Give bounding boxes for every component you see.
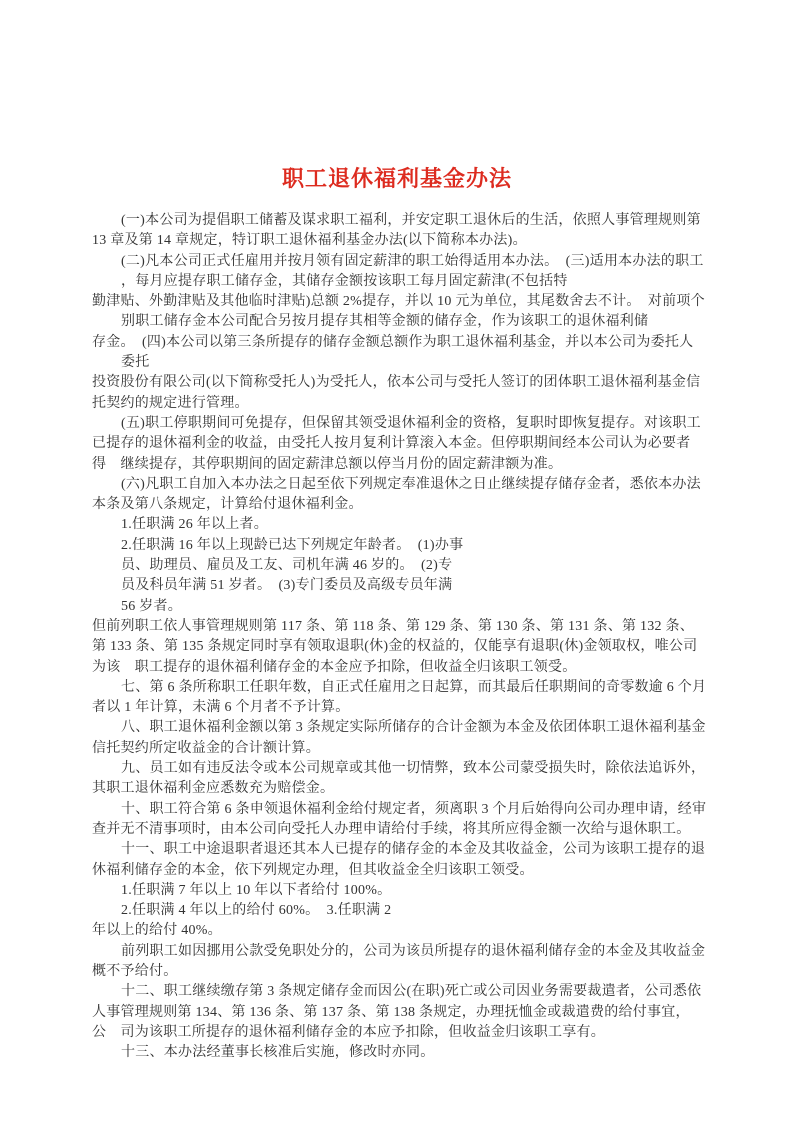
text-line: (五)职工停职期间可免提存，但保留其领受退休福利金的资格，复职时即恢复提存。对该… bbox=[92, 414, 717, 434]
text-line: 其职工退休福利金应悉数充为赔偿金。 bbox=[92, 779, 717, 799]
text-line: 本条及第八条规定，计算给付退休福利金。 bbox=[92, 495, 717, 515]
text-line: 1.任职满 26 年以上者。 bbox=[92, 515, 717, 535]
text-line: 第 133 条、第 135 条规定同时享有领取退职(休)金的权益的，仅能享有退职… bbox=[92, 637, 717, 657]
text-line: 得 继续提存，其停职期间的固定薪津总额以停当月份的固定薪津额为准。 bbox=[92, 455, 717, 475]
text-line: 别职工储存金本公司配合另按月提存其相等金额的储存金，作为该职工的退休福利储 bbox=[92, 312, 717, 332]
text-line: 2.任职满 16 年以上现龄已达下列规定年龄者。 (1)办事 bbox=[92, 536, 717, 556]
text-line: 存金。 (四)本公司以第三条所提存的储存金额总额作为职工退休福利基金，并以本公司… bbox=[92, 333, 717, 353]
text-line: 13 章及第 14 章规定，特订职工退休福利基金办法(以下简称本办法)。 bbox=[92, 231, 717, 251]
text-line: 十二、职工继续缴存第 3 条规定储存金而因公(在职)死亡或公司因业务需要裁遣者，… bbox=[92, 982, 717, 1002]
text-line: 勤津贴、外勤津贴及其他临时津贴)总额 2%提存，并以 10 元为单位，其尾数舍去… bbox=[92, 292, 717, 312]
text-line: 九、员工如有违反法令或本公司规章或其他一切情弊，致本公司蒙受损失时，除依法追诉外… bbox=[92, 759, 717, 779]
text-line: 公 司为该职工所提存的退休福利储存金的本应予扣除，但收益金归该职工享有。 bbox=[92, 1023, 717, 1043]
document-title: 职工退休福利基金办法 bbox=[0, 162, 794, 193]
text-line: 但前列职工依人事管理规则第 117 条、第 118 条、第 129 条、第 13… bbox=[92, 617, 717, 637]
document-body: (一)本公司为提倡职工储蓄及谋求职工福利，并安定职工退休后的生活，依照人事管理规… bbox=[92, 211, 717, 1063]
text-line: (二)凡本公司正式任雇用并按月领有固定薪津的职工始得适用本办法。 (三)适用本办… bbox=[92, 252, 717, 272]
text-line: 休福利储存金的本金，依下列规定办理，但其收益金全归该职工领受。 bbox=[92, 861, 717, 881]
text-line: 人事管理规则第 134、第 136 条、第 137 条、第 138 条规定，办理… bbox=[92, 1003, 717, 1023]
text-line: 投资股份有限公司(以下简称受托人)为受托人，依本公司与受托人签订的团体职工退休福… bbox=[92, 373, 717, 393]
text-line: 托契约的规定进行管理。 bbox=[92, 394, 717, 414]
text-line: (六)凡职工自加入本办法之日起至依下列规定奉准退休之日止继续提存储存金者，悉依本… bbox=[92, 475, 717, 495]
text-line: 2.任职满 4 年以上的给付 60%。 3.任职满 2 bbox=[92, 901, 717, 921]
text-line: 1.任职满 7 年以上 10 年以下者给付 100%。 bbox=[92, 881, 717, 901]
text-line: 员及科员年满 51 岁者。 (3)专门委员及高级专员年满 bbox=[92, 576, 717, 596]
text-line: 者以 1 年计算，未满 6 个月者不予计算。 bbox=[92, 698, 717, 718]
text-line: 八、职工退休福利金额以第 3 条规定实际所储存的合计金额为本金及依团体职工退休福… bbox=[92, 718, 717, 738]
text-line: 十、职工符合第 6 条申领退休福利金给付规定者，须离职 3 个月后始得向公司办理… bbox=[92, 800, 717, 820]
text-line: ，每月应提存职工储存金，其储存金额按该职工每月固定薪津(不包括特 bbox=[92, 272, 717, 292]
text-line: 七、第 6 条所称职工任职年数，自正式任雇用之日起算，而其最后任职期间的奇零数逾… bbox=[92, 678, 717, 698]
text-line: 委托 bbox=[92, 353, 717, 373]
text-line: 信托契约所定收益金的合计额计算。 bbox=[92, 739, 717, 759]
text-line: 十三、本办法经董事长核准后实施，修改时亦同。 bbox=[92, 1043, 717, 1063]
text-line: 十一、职工中途退职者退还其本人已提存的储存金的本金及其收益金，公司为该职工提存的… bbox=[92, 840, 717, 860]
text-line: 员、助理员、雇员及工友、司机年满 46 岁的。 (2)专 bbox=[92, 556, 717, 576]
text-line: 已提存的退休福利金的收益，由受托人按月复利计算滚入本金。但停职期间经本公司认为必… bbox=[92, 434, 717, 454]
text-line: 年以上的给付 40%。 bbox=[92, 921, 717, 941]
text-line: 查并无不清事项时，由本公司向受托人办理申请给付手续，将其所应得金额一次给与退休职… bbox=[92, 820, 717, 840]
text-line: 概不予给付。 bbox=[92, 962, 717, 982]
document-page: 职工退休福利基金办法 (一)本公司为提倡职工储蓄及谋求职工福利，并安定职工退休后… bbox=[0, 0, 794, 1123]
text-line: 前列职工如因挪用公款受免职处分的，公司为该员所提存的退休福利储存金的本金及其收益… bbox=[92, 942, 717, 962]
text-line: 为该 职工提存的退休福利储存金的本金应予扣除，但收益全归该职工领受。 bbox=[92, 658, 717, 678]
text-line: (一)本公司为提倡职工储蓄及谋求职工福利，并安定职工退休后的生活，依照人事管理规… bbox=[92, 211, 717, 231]
text-line: 56 岁者。 bbox=[92, 597, 717, 617]
